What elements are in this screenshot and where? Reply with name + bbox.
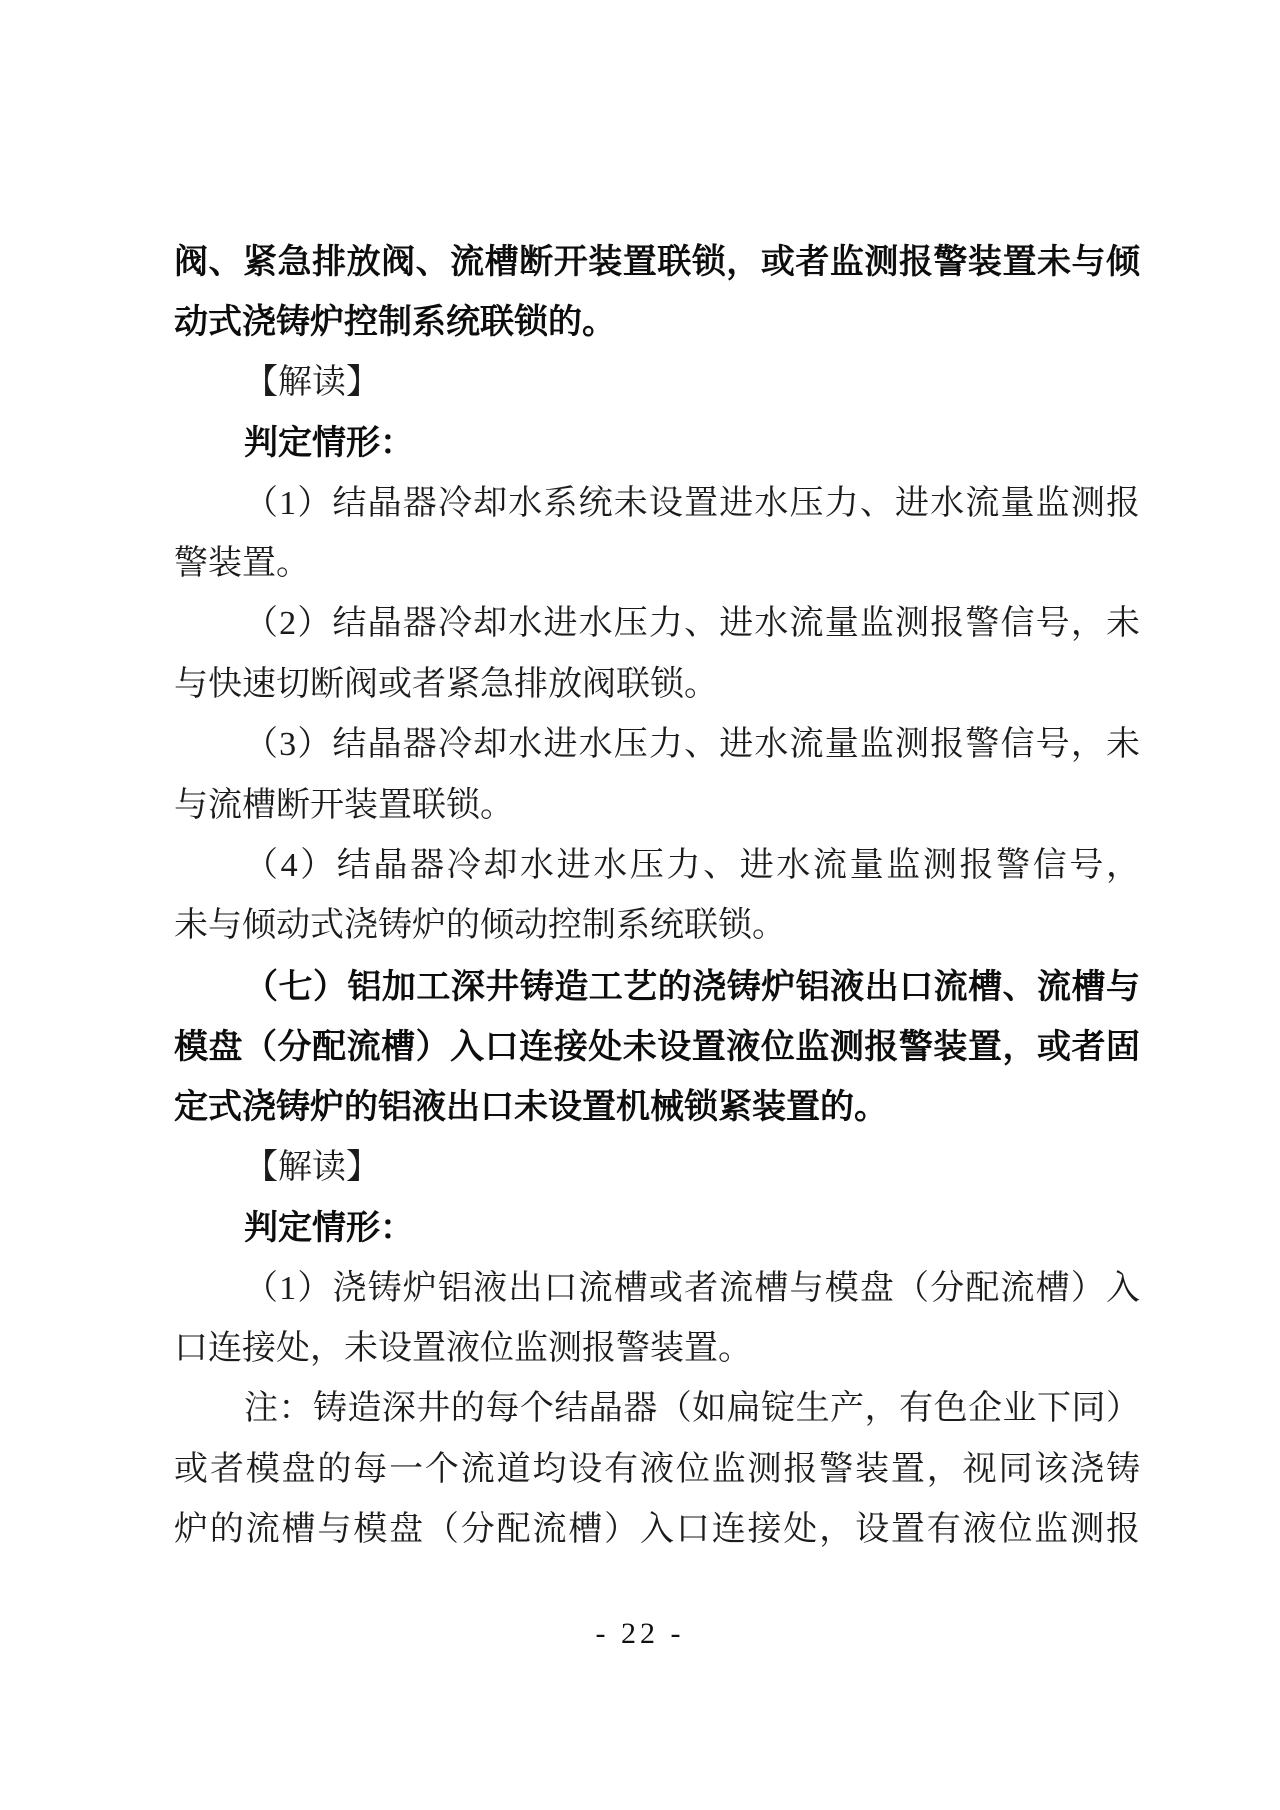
document-body: 阀、紧急排放阀、流槽断开装置联锁，或者监测报警装置未与倾动式浇铸炉控制系统联锁的… — [174, 232, 1140, 1561]
page-number: - 22 - — [596, 1617, 685, 1650]
text-line: 警装置。 — [174, 534, 1140, 594]
text-line: 与流槽断开装置联锁。 — [174, 776, 1140, 836]
text-line: （七）铝加工深井铸造工艺的浇铸炉铝液出口流槽、流槽与 — [174, 957, 1140, 1017]
text-line: 判定情形： — [174, 1198, 1140, 1258]
text-line: 注：铸造深井的每个结晶器（如扁锭生产，有色企业下同） — [174, 1379, 1140, 1439]
text-line: 定式浇铸炉的铝液出口未设置机械锁紧装置的。 — [174, 1077, 1140, 1137]
text-line: 阀、紧急排放阀、流槽断开装置联锁，或者监测报警装置未与倾 — [174, 232, 1140, 292]
text-line: 或者模盘的每一个流道均设有液位监测报警装置，视同该浇铸 — [174, 1440, 1140, 1500]
text-line: 判定情形： — [174, 413, 1140, 473]
text-line: （1）结晶器冷却水系统未设置进水压力、进水流量监测报 — [174, 474, 1140, 534]
text-line: （1）浇铸炉铝液出口流槽或者流槽与模盘（分配流槽）入 — [174, 1259, 1140, 1319]
text-line: （4）结晶器冷却水进水压力、进水流量监测报警信号， — [174, 836, 1140, 896]
text-line: 与快速切断阀或者紧急排放阀联锁。 — [174, 655, 1140, 715]
text-line: （3）结晶器冷却水进水压力、进水流量监测报警信号，未 — [174, 715, 1140, 775]
text-line: 口连接处，未设置液位监测报警装置。 — [174, 1319, 1140, 1379]
text-line: 【解读】 — [174, 1138, 1140, 1198]
text-line: 动式浇铸炉控制系统联锁的。 — [174, 292, 1140, 352]
document-page: 阀、紧急排放阀、流槽断开装置联锁，或者监测报警装置未与倾动式浇铸炉控制系统联锁的… — [0, 0, 1280, 1810]
text-line: 模盘（分配流槽）入口连接处未设置液位监测报警装置，或者固 — [174, 1017, 1140, 1077]
text-line: （2）结晶器冷却水进水压力、进水流量监测报警信号，未 — [174, 594, 1140, 654]
text-line: 炉的流槽与模盘（分配流槽）入口连接处，设置有液位监测报 — [174, 1500, 1140, 1560]
page-footer: - 22 - — [0, 1610, 1280, 1658]
text-line: 未与倾动式浇铸炉的倾动控制系统联锁。 — [174, 896, 1140, 956]
text-line: 【解读】 — [174, 353, 1140, 413]
